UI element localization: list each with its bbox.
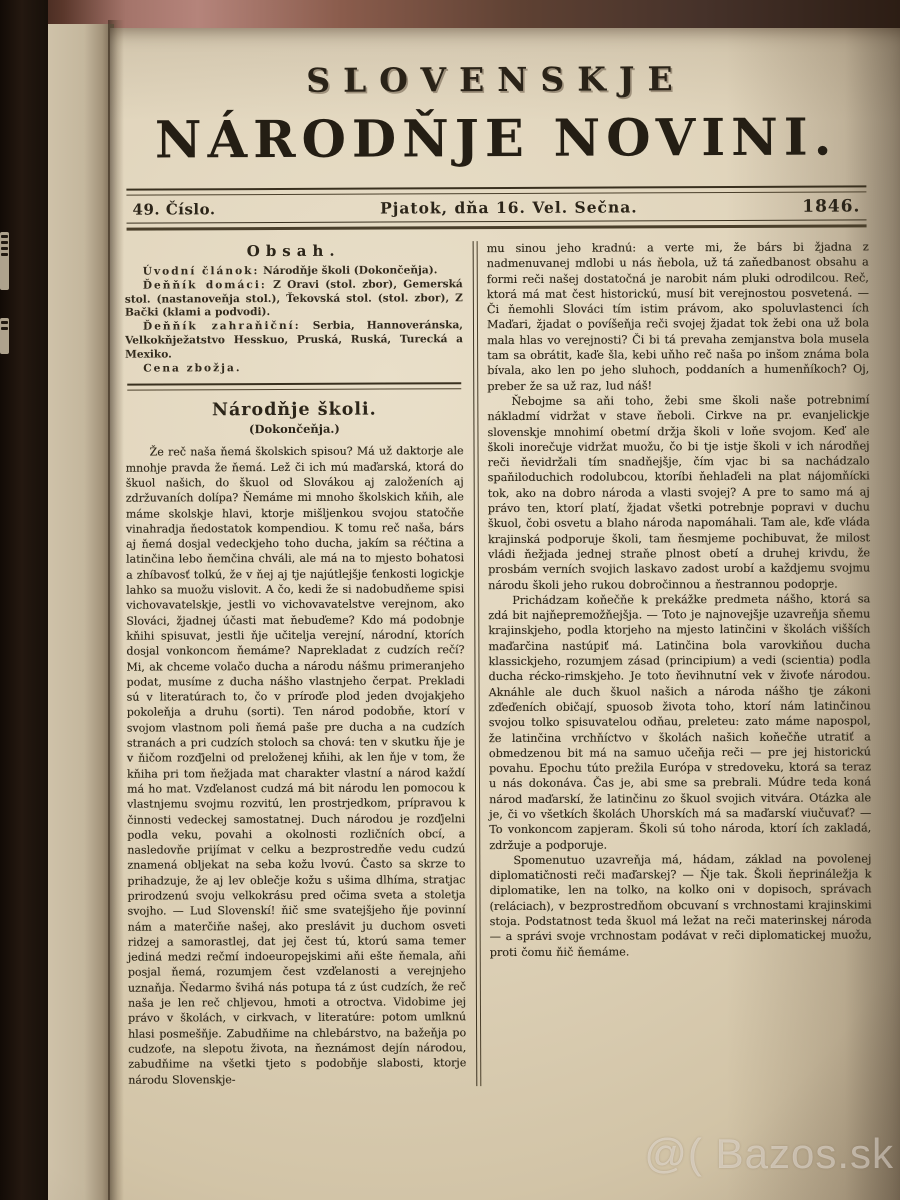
book-gutter-shadow	[108, 20, 124, 1200]
dateline-row: 49. Číslo. Pjatok, dňa 16. Vel. Sečna. 1…	[124, 192, 868, 222]
issue-year: 1846.	[802, 196, 860, 216]
toc-item-label: Ďeňňík domáci:	[143, 279, 267, 292]
opposite-page-print-bleed	[0, 232, 9, 290]
left-column: Obsah. Úvodní článok: Národňje školi (Do…	[125, 241, 467, 1087]
photo-of-newspaper-page: SLOVENSKJE NÁRODŇJE NOVINI. 49. Číslo. P…	[0, 0, 900, 1200]
right-column: mu sinou jeho kradnú: a verte mi, že bár…	[487, 239, 873, 1086]
article-paragraph: Prichádzam koňečňe k prekážke predmeta n…	[488, 591, 871, 853]
book-binding-edge	[0, 0, 48, 1200]
printed-area: SLOVENSKJE NÁRODŇJE NOVINI. 49. Číslo. P…	[108, 26, 900, 1087]
toc-item: Úvodní článok: Národňje školi (Dokončeňj…	[125, 264, 463, 279]
toc-item-label: Úvodní článok:	[143, 265, 260, 278]
bazos-watermark: @( Bazos.sk	[644, 1130, 894, 1178]
opposite-page-print-bleed	[0, 318, 9, 354]
issue-date: Pjatok, dňa 16. Vel. Sečna.	[380, 197, 638, 217]
opposite-page-edge	[48, 24, 114, 1200]
toc-item-label: Cena zbožja.	[143, 362, 241, 374]
article-paragraph: Spomenutuo uzavreňja má, hádam, základ n…	[489, 851, 871, 960]
toc-item: Ďeňňík zahraňiční: Serbia, Hannoveránska…	[125, 319, 463, 362]
masthead-line2: NÁRODŇJE NOVINI.	[124, 107, 868, 170]
toc-item-label: Ďeňňík zahraňiční:	[143, 320, 301, 333]
issue-number: 49. Číslo.	[132, 200, 215, 218]
toc-title: Obsah.	[125, 241, 463, 260]
toc-item-text: Národňje školi (Dokončeňja).	[263, 264, 437, 277]
toc-item: Ďeňňík domáci: Z Oravi (stol. zbor), Gem…	[125, 278, 463, 321]
column-divider-rule	[473, 241, 482, 1086]
article-paragraph: Ňebojme sa aňi toho, žebi sme školi naše…	[487, 392, 870, 593]
two-column-layout: Obsah. Úvodní článok: Národňje školi (Do…	[125, 239, 873, 1087]
toc-bottom-rule	[127, 383, 461, 391]
table-of-contents: Obsah. Úvodní článok: Národňje školi (Do…	[125, 241, 464, 391]
article-subtitle: (Dokončeňja.)	[125, 422, 463, 437]
article-title: Národňje školi.	[125, 400, 463, 421]
article-paragraph: Že reč naša ňemá školskich spisou? Má už…	[126, 444, 467, 1088]
newspaper-page: SLOVENSKJE NÁRODŇJE NOVINI. 49. Číslo. P…	[110, 28, 900, 1200]
article-paragraph: mu sinou jeho kradnú: a verte mi, že bár…	[487, 239, 870, 394]
toc-item: Cena zbožja.	[125, 361, 463, 376]
masthead-line1: SLOVENSKJE	[124, 58, 868, 100]
